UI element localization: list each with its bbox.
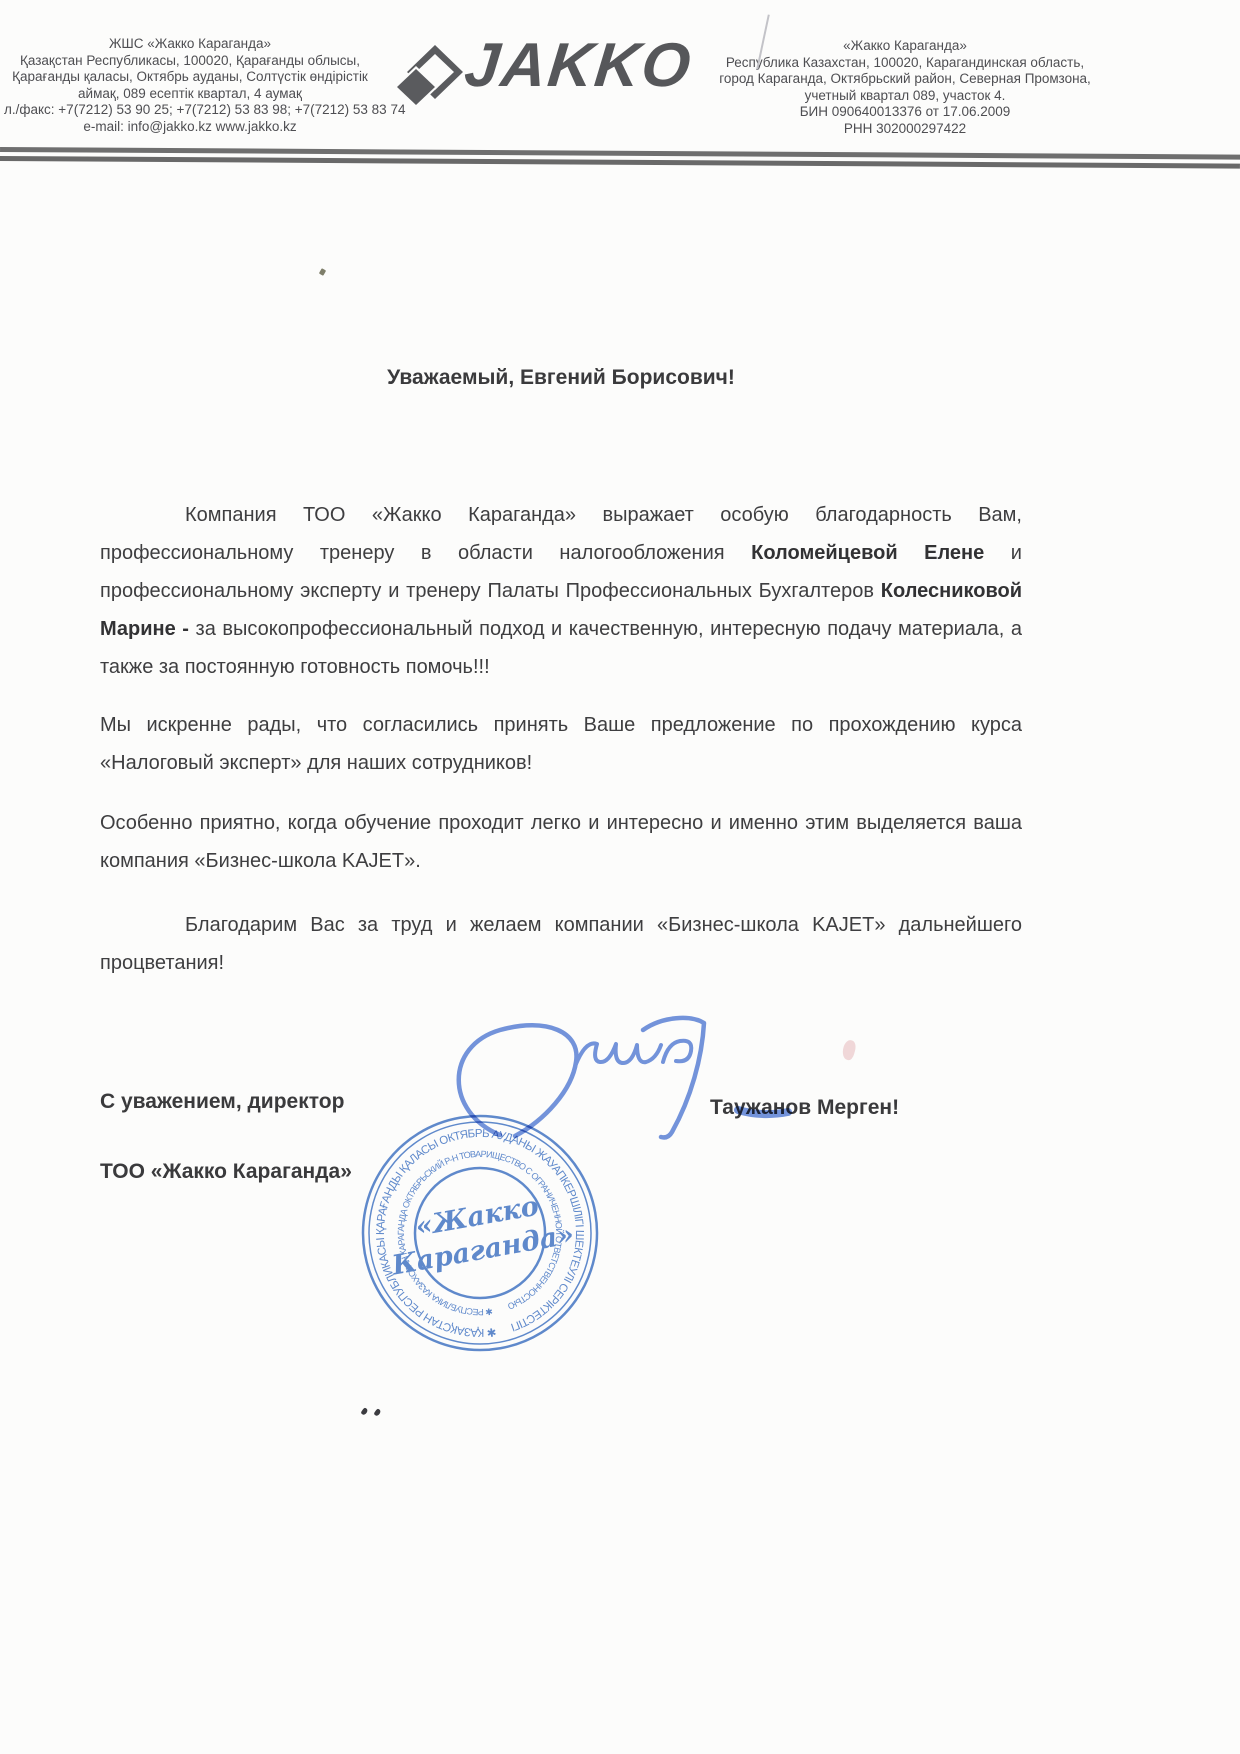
letterhead-left-phone: л./факс: +7(7212) 53 90 25; +7(7212) 53 … (4, 102, 376, 119)
greeting: Уважаемый, Евгений Борисович! (100, 366, 1022, 390)
letterhead-right-line: учетный квартал 089, участок 4. (685, 88, 1125, 105)
signoff-line: С уважением, директор (100, 1090, 344, 1114)
scan-artifact-speck (319, 268, 326, 276)
letterhead-left-line: Қарағанды қаласы, Октябрь ауданы, Солтүс… (4, 69, 376, 86)
letterhead-left: ЖШС «Жакко Караганда» Қазақстан Республи… (4, 36, 376, 135)
scan-artifact-dots (360, 1406, 386, 1418)
paragraph-3: Особенно приятно, когда обучение проходи… (100, 804, 1022, 880)
scanned-letter-page: ЖШС «Жакко Караганда» Қазақстан Республи… (0, 0, 1240, 1754)
scan-artifact-smudge (841, 1039, 858, 1061)
paragraph-4: Благодарим Вас за труд и желаем компании… (100, 906, 1022, 982)
letterhead-right: «Жакко Караганда» Республика Казахстан, … (685, 38, 1125, 137)
letterhead-left-line: Қазақстан Республикасы, 100020, Қарағанд… (4, 53, 376, 70)
letterhead-right-rnn: РНН 302000297422 (685, 121, 1125, 138)
handwritten-signature (405, 1010, 805, 1160)
header-divider (0, 147, 1240, 169)
diamond-icon (393, 42, 463, 112)
paragraph-1: Компания ТОО «Жакко Караганда» выражает … (100, 496, 1022, 686)
trainer-name-bold: Коломейцевой Елене (751, 542, 984, 564)
letterhead-right-line: «Жакко Караганда» (685, 38, 1125, 55)
signoff-company: ТОО «Жакко Караганда» (100, 1160, 352, 1184)
letterhead-left-line: аймақ, 089 есептік квартал, 4 аумақ (4, 86, 376, 103)
paragraph-2: Мы искренне рады, что согласились принят… (100, 706, 1022, 782)
paragraph-1-text: за высокопрофессиональный подход и качес… (100, 618, 1022, 678)
letterhead-right-bin: БИН 090640013376 от 17.06.2009 (685, 104, 1125, 121)
letterhead-right-line: Республика Казахстан, 100020, Карагандин… (685, 55, 1125, 72)
company-logo: JAKKO (393, 40, 703, 112)
letterhead-left-email: e-mail: info@jakko.kz www.jakko.kz (4, 119, 376, 136)
jakko-wordmark: JAKKO (461, 30, 695, 101)
letterhead-left-line: ЖШС «Жакко Караганда» (4, 36, 376, 53)
letterhead-right-line: город Караганда, Октябрьский район, Севе… (685, 71, 1125, 88)
